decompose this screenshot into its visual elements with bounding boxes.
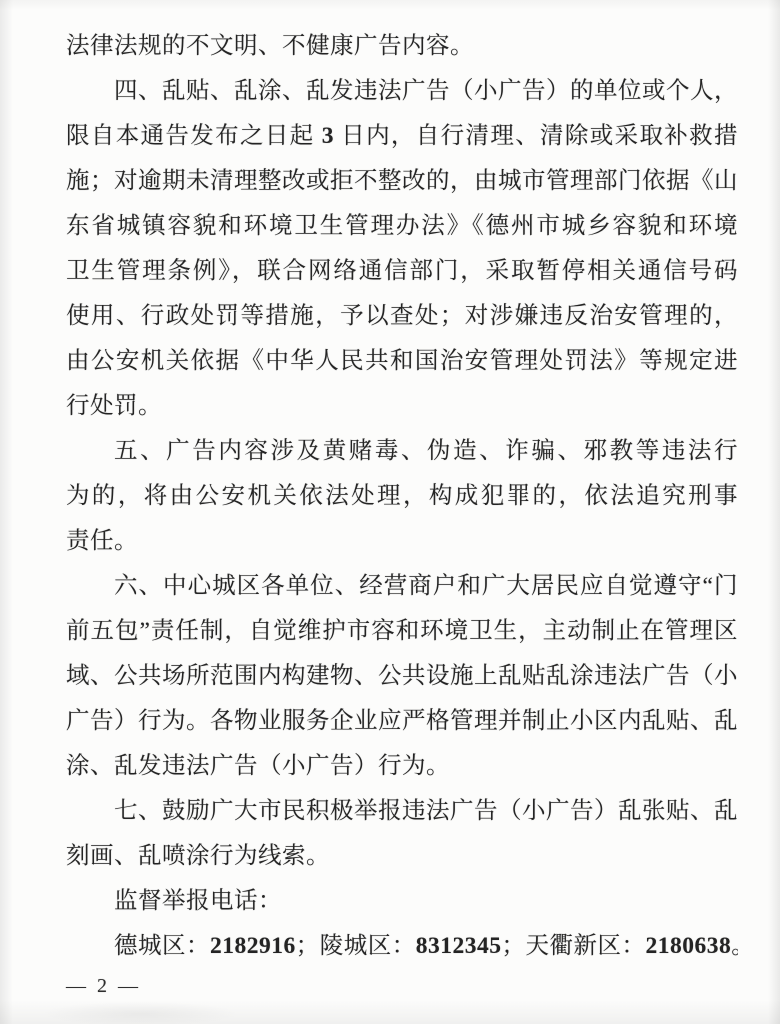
bold-text-run: 8312345 xyxy=(416,933,502,959)
text-line: 四、乱贴、乱涂、乱发违法广告（小广告）的单位或个人， xyxy=(66,69,738,114)
text-run: 使用、行政处罚等措施，予以查处；对涉嫌违反治安管理的， xyxy=(66,303,738,329)
text-run: 七、鼓励广大市民积极举报违法广告（小广告）乱张贴、乱 xyxy=(114,798,738,824)
text-run: 德城区： xyxy=(114,933,210,959)
text-run: 。 xyxy=(731,933,738,959)
text-run: 施；对逾期未清理整改或拒不整改的，由城市管理部门依据《山 xyxy=(66,168,738,194)
page-number: — 2 — xyxy=(66,966,141,1006)
text-run: 由公安机关依据《中华人民共和国治安管理处罚法》等规定进 xyxy=(66,348,738,374)
text-run: ；天衢新区： xyxy=(502,933,646,959)
text-line: 域、公共场所范围内构建物、公共设施上乱贴乱涂违法广告（小 xyxy=(66,654,738,699)
text-run: 行处罚。 xyxy=(66,393,162,419)
notice-page: 法律法规的不文明、不健康广告内容。四、乱贴、乱涂、乱发违法广告（小广告）的单位或… xyxy=(0,0,780,1024)
text-line: 刻画、乱喷涂行为线索。 xyxy=(66,834,738,879)
text-run: 为的，将由公安机关依法处理，构成犯罪的，依法追究刑事 xyxy=(66,483,738,509)
text-line: 前五包”责任制，自觉维护市容和环境卫生，主动制止在管理区 xyxy=(66,609,738,654)
text-run: 五、广告内容涉及黄赌毒、伪造、诈骗、邪教等违法行 xyxy=(114,438,738,464)
text-line: 施；对逾期未清理整改或拒不整改的，由城市管理部门依据《山 xyxy=(66,159,738,204)
bold-text-run: 3 xyxy=(322,123,334,149)
text-run: 域、公共场所范围内构建物、公共设施上乱贴乱涂违法广告（小 xyxy=(66,663,738,689)
text-line: 行处罚。 xyxy=(66,384,738,429)
text-run: 卫生管理条例》，联合网络通信部门，采取暂停相关通信号码 xyxy=(66,258,738,284)
text-run: 刻画、乱喷涂行为线索。 xyxy=(66,843,330,869)
text-line: 限自本通告发布之日起 3 日内，自行清理、清除或采取补救措 xyxy=(66,114,738,159)
text-line: 责任。 xyxy=(66,519,738,564)
text-line: 东省城镇容貌和环境卫生管理办法》《德州市城乡容貌和环境 xyxy=(66,204,738,249)
text-line: 七、鼓励广大市民积极举报违法广告（小广告）乱张贴、乱 xyxy=(66,789,738,834)
text-line: 广告）行为。各物业服务企业应严格管理并制止小区内乱贴、乱 xyxy=(66,699,738,744)
bold-text-run: 2180638 xyxy=(646,933,732,959)
text-run: 监督举报电话： xyxy=(114,888,282,914)
text-run: 限自本通告发布之日起 xyxy=(66,123,322,149)
text-run: 法律法规的不文明、不健康广告内容。 xyxy=(66,33,474,59)
text-line: 监督举报电话： xyxy=(66,879,738,924)
text-line: 涂、乱发违法广告（小广告）行为。 xyxy=(66,744,738,789)
text-run: 涂、乱发违法广告（小广告）行为。 xyxy=(66,753,450,779)
text-run: 日内，自行清理、清除或采取补救措 xyxy=(334,123,738,149)
bold-text-run: 2182916 xyxy=(210,933,296,959)
text-line: 为的，将由公安机关依法处理，构成犯罪的，依法追究刑事 xyxy=(66,474,738,519)
text-line: 由公安机关依据《中华人民共和国治安管理处罚法》等规定进 xyxy=(66,339,738,384)
text-run: 四、乱贴、乱涂、乱发违法广告（小广告）的单位或个人， xyxy=(114,78,738,104)
text-run: ；陵城区： xyxy=(296,933,416,959)
document-text: 法律法规的不文明、不健康广告内容。四、乱贴、乱涂、乱发违法广告（小广告）的单位或… xyxy=(66,24,738,969)
text-run: 东省城镇容貌和环境卫生管理办法》《德州市城乡容貌和环境 xyxy=(66,213,738,239)
text-line: 使用、行政处罚等措施，予以查处；对涉嫌违反治安管理的， xyxy=(66,294,738,339)
text-run: 广告）行为。各物业服务企业应严格管理并制止小区内乱贴、乱 xyxy=(66,708,738,734)
text-line: 德城区：2182916；陵城区：8312345；天衢新区：2180638。 xyxy=(66,924,738,969)
text-line: 六、中心城区各单位、经营商户和广大居民应自觉遵守“门 xyxy=(66,564,738,609)
text-line: 卫生管理条例》，联合网络通信部门，采取暂停相关通信号码 xyxy=(66,249,738,294)
text-line: 法律法规的不文明、不健康广告内容。 xyxy=(66,24,738,69)
text-run: 责任。 xyxy=(66,528,138,554)
text-run: 前五包”责任制，自觉维护市容和环境卫生，主动制止在管理区 xyxy=(66,618,738,644)
text-run: 六、中心城区各单位、经营商户和广大居民应自觉遵守“门 xyxy=(114,573,738,599)
text-line: 五、广告内容涉及黄赌毒、伪造、诈骗、邪教等违法行 xyxy=(66,429,738,474)
